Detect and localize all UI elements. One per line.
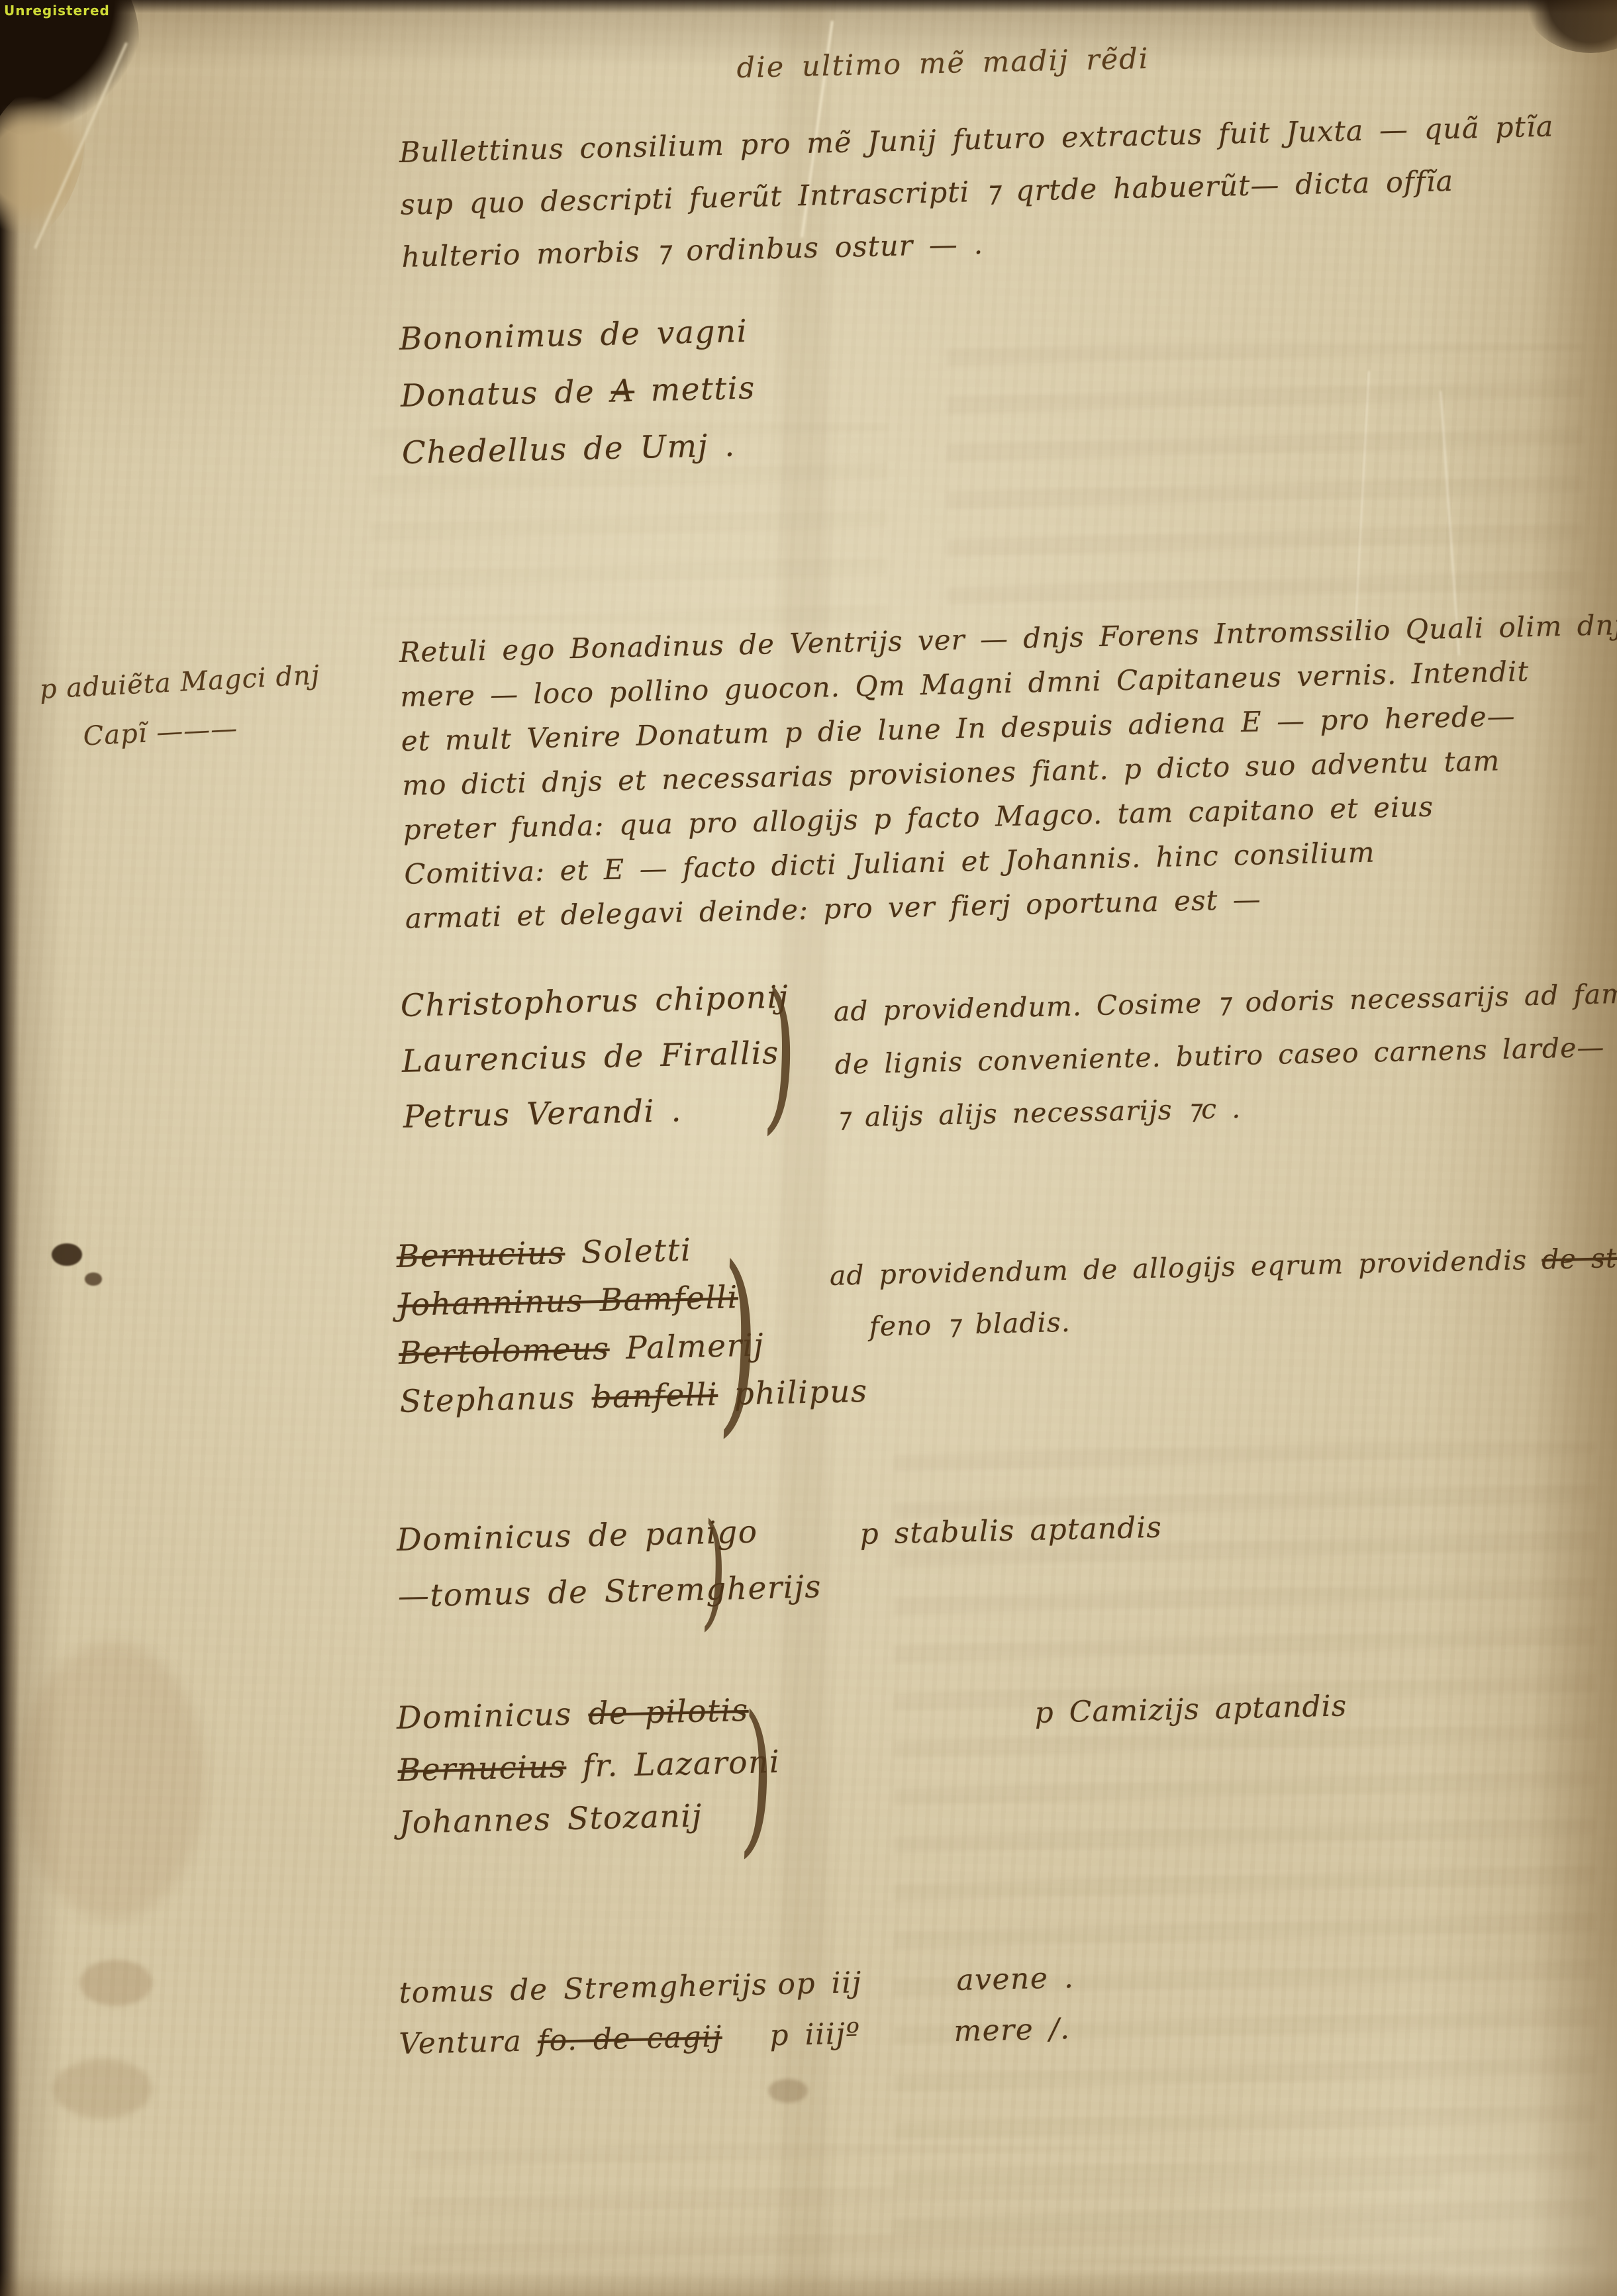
bracket-icon: ): [716, 1223, 763, 1459]
committee-2-task: ad providendum de allogijs eqrum provide…: [829, 1231, 1617, 1353]
date-line: die ultimo mẽ madij rẽdi: [736, 42, 1150, 85]
bracket-icon: ): [738, 1680, 777, 1876]
ink-spot: [85, 1272, 102, 1286]
committee-3-names: Dominicus de panigo —tomus de Stremgheri…: [396, 1502, 822, 1624]
name-item: Petrus Verandi .: [403, 1081, 792, 1145]
ink-spot: [52, 1243, 82, 1266]
allocation-commodity: mere /.: [954, 2012, 1071, 2048]
name-item: Chedellus de Umj .: [401, 417, 758, 482]
corner-chip-top-left: [0, 0, 139, 139]
stain: [53, 2059, 152, 2119]
committee-1-task: ad providendum. Cosime ⁊ odoris necessar…: [833, 967, 1617, 1144]
allocation-commodity: avene .: [956, 1961, 1075, 1997]
manuscript-page: Unregistered die ultimo mẽ madij rẽdi Bu…: [0, 0, 1617, 2296]
allocation-row: tomus de Stremgherijs op iij avene .: [399, 1968, 768, 2010]
name-item: Laurencius de Firallis: [401, 1026, 791, 1090]
verso-show-through: [894, 1443, 1596, 2264]
scan-watermark: Unregistered: [4, 3, 110, 19]
date-heading: die ultimo mẽ madij rẽdi: [736, 42, 1150, 85]
allocation-name: Ventura fo. de cagij: [399, 2020, 722, 2061]
task-line: p Camizijs aptandis: [1034, 1689, 1347, 1730]
name-item: Christophorus chiponij: [400, 970, 789, 1034]
stain: [79, 1960, 152, 2006]
fore-edge-shading: [1531, 0, 1617, 2296]
committee-4-names: Dominicus de pilotis Bernucius fr. Lazar…: [396, 1684, 782, 1849]
committee-2-names: Bernucius Soletti Johanninus Bamfelli Be…: [396, 1222, 868, 1426]
bottom-edge-shading: [0, 2270, 1617, 2296]
verso-show-through: [411, 2145, 1444, 2284]
corner-flap-top-left: [0, 68, 106, 263]
committee-4-task: p Camizijs aptandis: [1034, 1689, 1347, 1730]
name-item: Stephanus banfelli philipus: [399, 1367, 868, 1426]
allocation-row: Ventura fo. de cagij p iiijº mere /.: [399, 2020, 722, 2061]
name-item: Bernucius fr. Lazaroni: [397, 1736, 781, 1797]
allocation-quantity: p iiijº: [769, 2017, 861, 2052]
allocation-name: tomus de Stremgherijs: [399, 1968, 768, 2010]
verso-show-through: [947, 344, 1583, 636]
bracket-icon: ): [700, 1496, 730, 1646]
corner-chip-top-right: [1524, 0, 1617, 53]
bracket-icon: ): [761, 957, 800, 1153]
committee-3-task: p stabulis aptandis: [859, 1511, 1162, 1551]
name-item: Dominicus de panigo: [396, 1502, 821, 1568]
report-paragraph: Retuli ego Bonadinus de Ventrijs ver — d…: [399, 602, 1617, 941]
page-edge-left: [0, 0, 20, 2296]
elected-name-list: Bononimus de vagni Donatus de A mettis C…: [399, 303, 758, 482]
name-item: Bononimus de vagni: [399, 303, 755, 368]
name-item: Johannes Stozanij: [399, 1788, 782, 1849]
name-item: —tomus de Stremgherijs: [397, 1558, 822, 1625]
stain: [768, 2079, 808, 2103]
stain: [20, 1642, 205, 1920]
crease-line: [1353, 371, 1370, 649]
committee-1-names: Christophorus chiponij Laurencius de Fir…: [400, 970, 792, 1145]
task-line: p stabulis aptandis: [859, 1511, 1162, 1551]
name-item: Dominicus de pilotis: [396, 1684, 779, 1745]
crease-line: [34, 42, 128, 249]
page-edge-top: [0, 0, 1617, 13]
margin-note: p aduiẽta Magci dnj Capĩ ———: [38, 651, 324, 763]
allocation-quantity: op iij: [777, 1966, 863, 2001]
name-item: Donatus de A mettis: [400, 360, 756, 425]
intro-paragraph: Bullettinus consilium pro mẽ Junij futur…: [399, 101, 1557, 284]
